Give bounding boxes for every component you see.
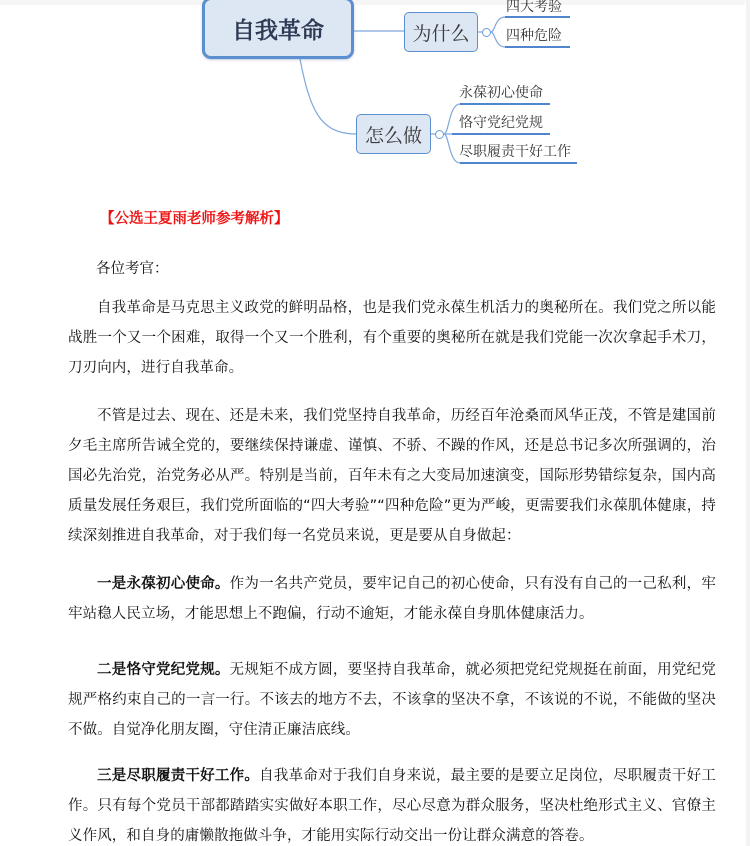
collapse-toggle-icon[interactable] <box>435 130 444 139</box>
paragraph-background: 不管是过去、现在、还是未来，我们党坚持自我革命，历经百年沧桑而风华正茂，不管是建… <box>68 401 716 551</box>
paragraph-point-two: 二是恪守党纪党规。无规矩不成方圆，要坚持自我革命，就必须把党纪党规挺在前面，用党… <box>68 655 716 745</box>
paragraph-intro: 自我革命是马克思主义政党的鲜明品格，也是我们党永葆生机活力的奥秘所在。我们党之所… <box>68 293 716 383</box>
paragraph-text: 自我革命是马克思主义政党的鲜明品格，也是我们党永葆生机活力的奥秘所在。我们党之所… <box>68 300 716 376</box>
paragraph-text: 不管是过去、现在、还是未来，我们党坚持自我革命，历经百年沧桑而风华正茂，不管是建… <box>68 408 716 544</box>
mind-map-leaf-discipline[interactable]: 恪守党纪党规 <box>459 112 543 132</box>
paragraph-point-one: 一是永葆初心使命。作为一名共产党员，要牢记自己的初心使命，只有没有自己的一己私利… <box>68 569 716 629</box>
analysis-heading: 【公选王夏雨老师参考解析】 <box>100 207 289 228</box>
mind-map-node-how[interactable]: 怎么做 <box>356 114 431 154</box>
scrollbar[interactable] <box>746 0 750 846</box>
greeting: 各位考官： <box>96 257 169 278</box>
point-lead: 二是恪守党纪党规。 <box>97 662 230 678</box>
collapse-toggle-icon[interactable] <box>482 28 491 37</box>
mind-map-leaf-mission[interactable]: 永葆初心使命 <box>459 82 543 102</box>
mind-map-leaf-four-tests[interactable]: 四大考验 <box>506 0 562 16</box>
paragraph-point-three: 三是尽职履责干好工作。自我革命对于我们自身来说，最主要的是要立足岗位，尽职履责干… <box>68 761 716 846</box>
mind-map-leaf-four-dangers[interactable]: 四种危险 <box>506 25 562 45</box>
mind-map-root-node[interactable]: 自我革命 <box>202 0 354 59</box>
mind-map: 自我革命 为什么 四大考验 四种危险 怎么做 永葆初心使命 恪守党纪党规 尽职履… <box>0 0 745 180</box>
mind-map-leaf-duty[interactable]: 尽职履责干好工作 <box>459 141 571 161</box>
point-lead: 一是永葆初心使命。 <box>97 576 230 592</box>
mind-map-node-why[interactable]: 为什么 <box>404 12 478 52</box>
point-lead: 三是尽职履责干好工作。 <box>97 768 259 784</box>
